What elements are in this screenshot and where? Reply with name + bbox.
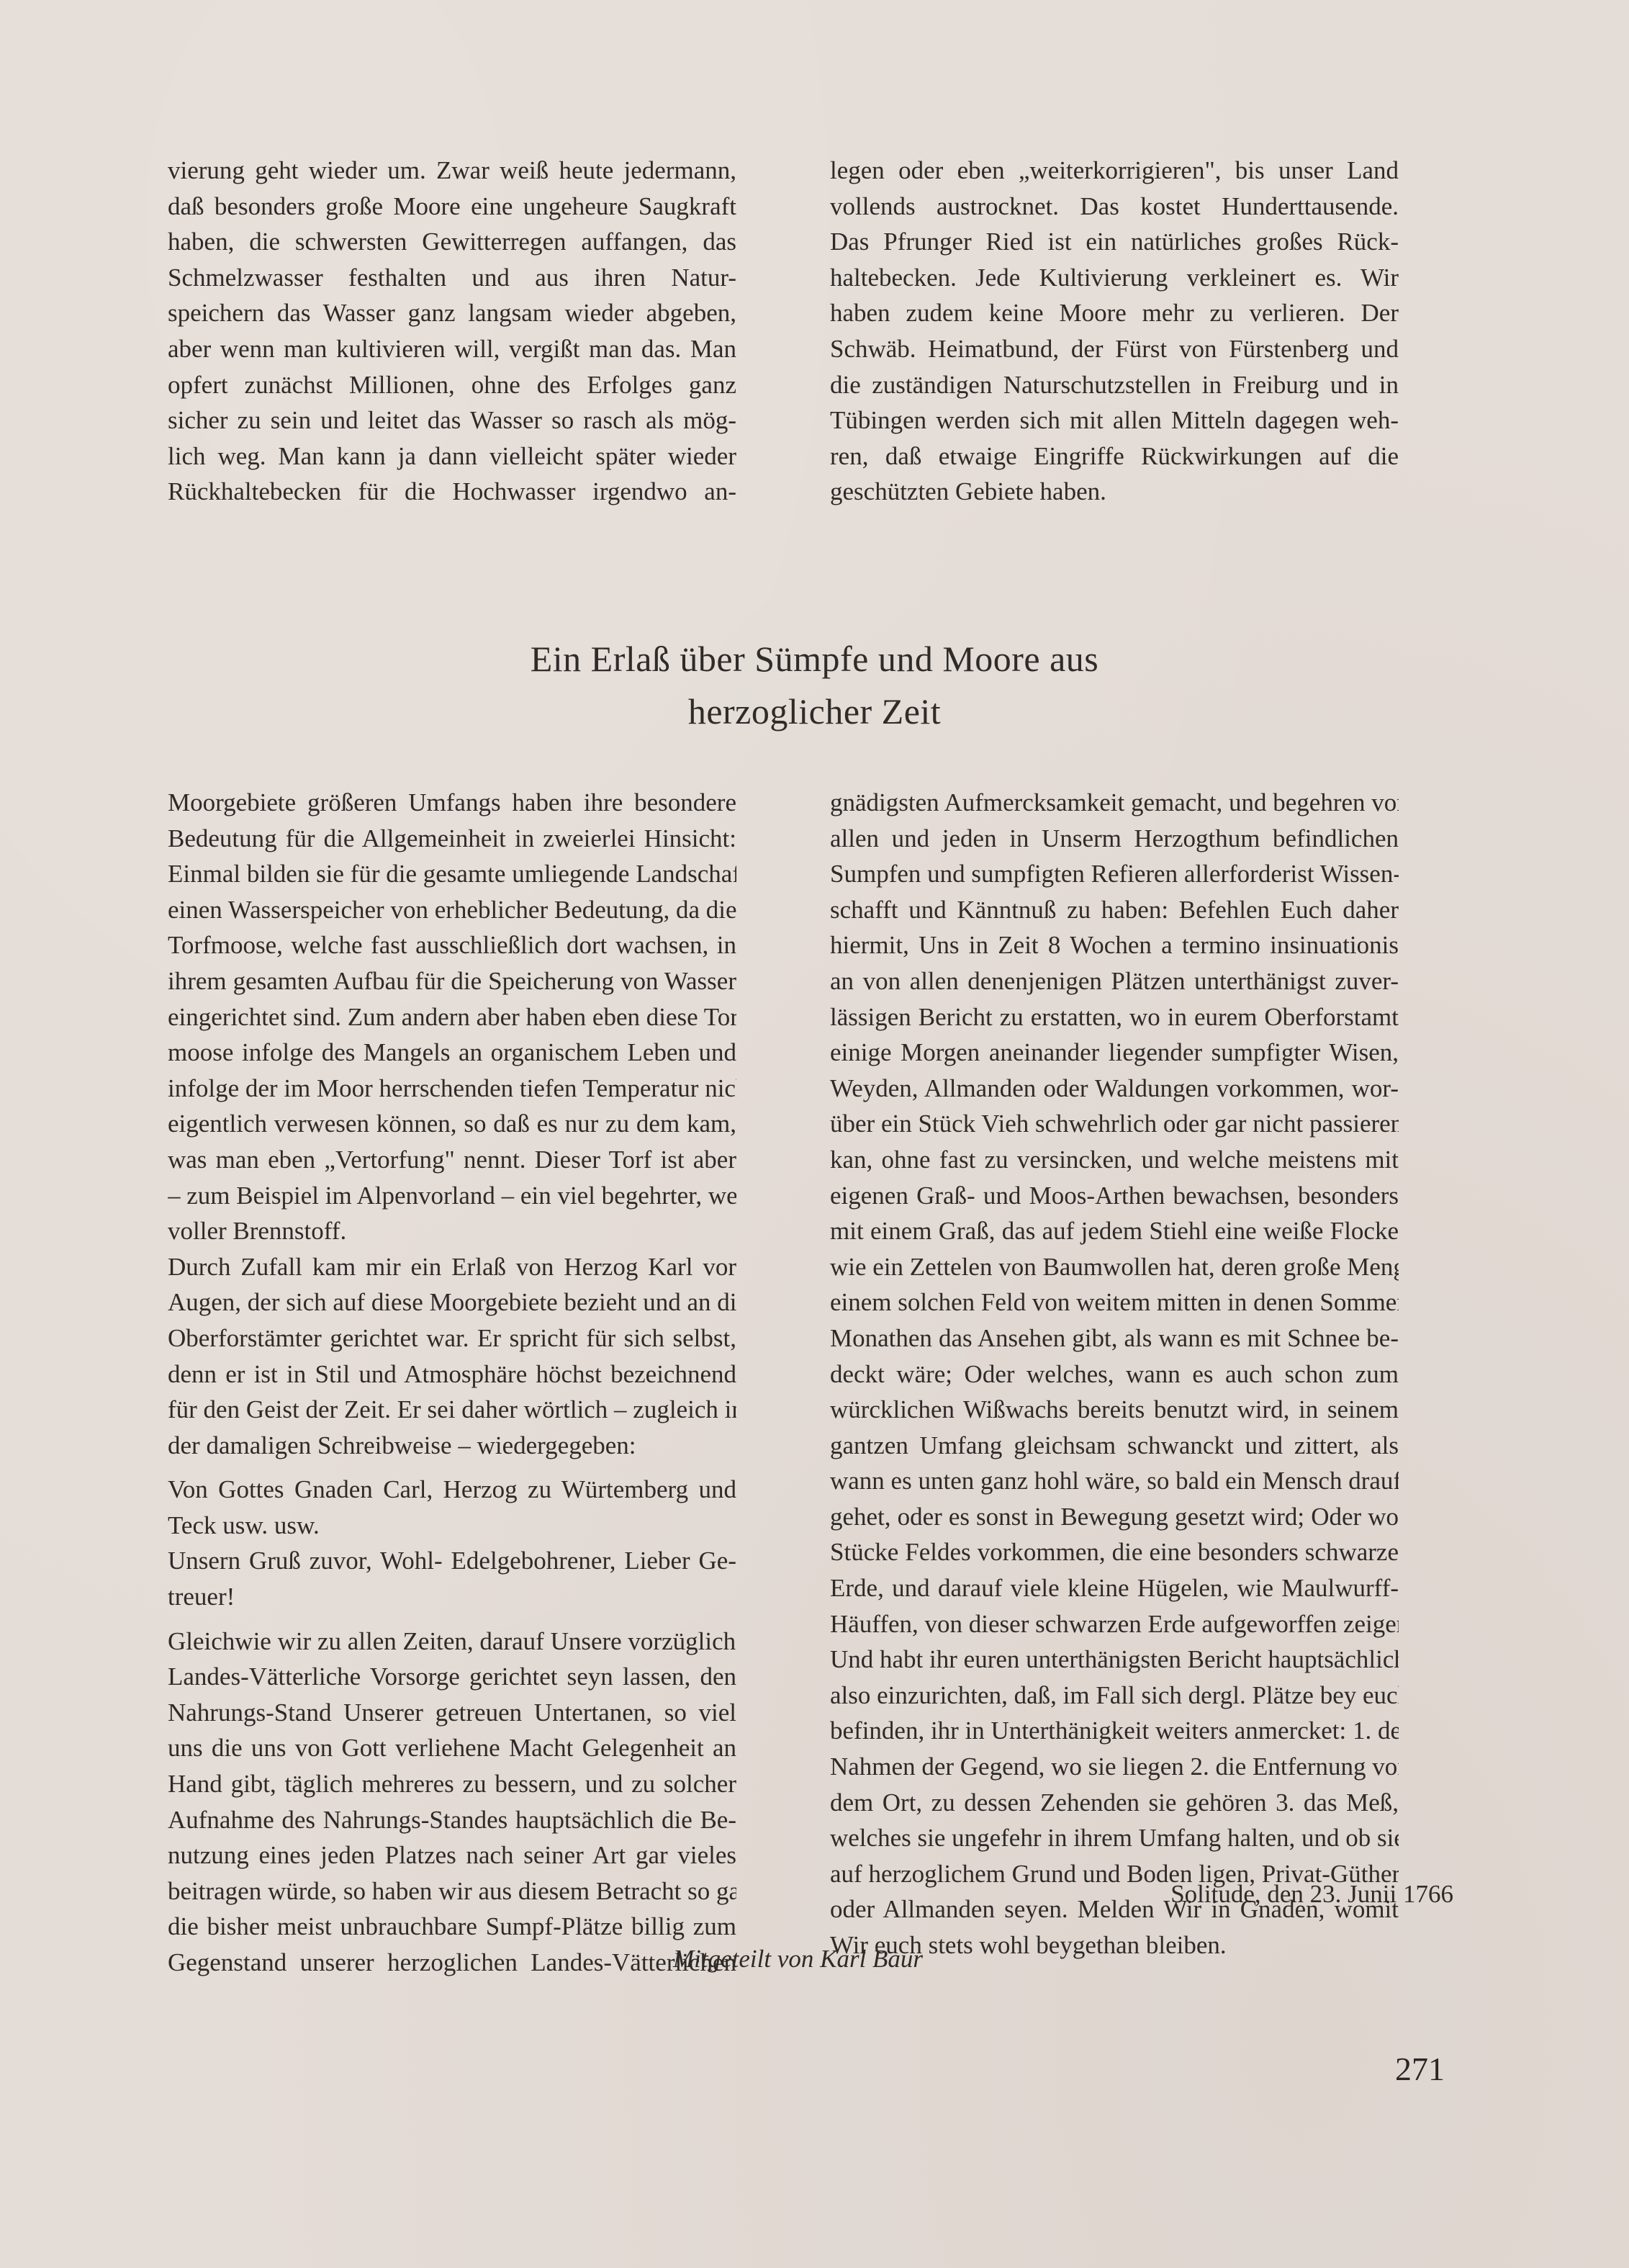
salutation-title: Von Gottes Gnaden Carl, Herzog zu Würtem… bbox=[168, 1472, 736, 1543]
text-line: vierung geht wieder um. Zwar weiß heute … bbox=[168, 153, 736, 189]
text-line: treuer! bbox=[168, 1579, 736, 1615]
text-line: Bedeutung für die Allgemeinheit in zweie… bbox=[168, 821, 736, 857]
text-line: wann es unten ganz hohl wäre, so bald ei… bbox=[830, 1463, 1399, 1499]
text-line: was man eben „Vertorfung" nennt. Dieser … bbox=[168, 1142, 736, 1178]
text-line: Einmal bilden sie für die gesamte umlieg… bbox=[168, 856, 736, 892]
discovery-paragraph: Durch Zufall kam mir ein Erlaß von Herzo… bbox=[168, 1249, 736, 1464]
text-line: Oberforstämter gerichtet war. Er spricht… bbox=[168, 1320, 736, 1356]
text-line: Sumpfen und sumpfigten Refieren allerfor… bbox=[830, 856, 1399, 892]
text-line: haltebecken. Jede Kultivierung verkleine… bbox=[830, 260, 1399, 296]
text-line: eingerichtet sind. Zum andern aber haben… bbox=[168, 999, 736, 1035]
text-line: Tübingen werden sich mit allen Mitteln d… bbox=[830, 402, 1399, 438]
decree-paragraph: Gleichwie wir zu allen Zeiten, darauf Un… bbox=[168, 1624, 736, 1981]
decree-signature: Solitude, den 23. Junii 1766 bbox=[1170, 1876, 1453, 1912]
text-line: sicher zu sein und leitet das Wasser so … bbox=[168, 402, 736, 438]
text-line: Augen, der sich auf diese Moorgebiete be… bbox=[168, 1284, 736, 1320]
text-line: kan, ohne fast zu versincken, und welche… bbox=[830, 1142, 1399, 1178]
text-line: Schmelzwasser festhalten und aus ihren N… bbox=[168, 260, 736, 296]
text-line: Landes-Vätterliche Vorsorge gerichtet se… bbox=[168, 1659, 736, 1695]
text-line: gnädigsten Aufmercksamkeit gemacht, und … bbox=[830, 785, 1399, 821]
text-line: Rückhaltebecken für die Hochwasser irgen… bbox=[168, 474, 736, 510]
text-line: Gleichwie wir zu allen Zeiten, darauf Un… bbox=[168, 1624, 736, 1660]
text-line: Hand gibt, täglich mehreres zu bessern, … bbox=[168, 1766, 736, 1802]
previous-article-right-column: legen oder eben „weiterkorrigieren", bis… bbox=[830, 153, 1399, 510]
text-line: beitragen würde, so haben wir aus diesem… bbox=[168, 1873, 736, 1909]
article-title-line-1: Ein Erlaß über Sümpfe und Moore aus bbox=[0, 635, 1629, 683]
text-line: der damaligen Schreibweise – wiedergegeb… bbox=[168, 1428, 736, 1464]
text-line: daß besonders große Moore eine ungeheure… bbox=[168, 189, 736, 225]
text-line: die zuständigen Naturschutzstellen in Fr… bbox=[830, 367, 1399, 403]
text-line: für den Geist der Zeit. Er sei daher wör… bbox=[168, 1392, 736, 1428]
text-line: opfert zunächst Millionen, ohne des Erfo… bbox=[168, 367, 736, 403]
text-line: Nahrungs-Stand Unserer getreuen Untertan… bbox=[168, 1695, 736, 1731]
text-line: mit einem Graß, das auf jedem Stiehl ein… bbox=[830, 1213, 1399, 1249]
previous-article-left-column: vierung geht wieder um. Zwar weiß heute … bbox=[168, 153, 736, 510]
text-line: voller Brennstoff. bbox=[168, 1213, 736, 1249]
text-line: Durch Zufall kam mir ein Erlaß von Herzo… bbox=[168, 1249, 736, 1285]
text-line: Unsern Gruß zuvor, Wohl- Edelgebohrener,… bbox=[168, 1543, 736, 1579]
text-line: einen Wasserspeicher von erheblicher Bed… bbox=[168, 892, 736, 928]
text-line: Teck usw. usw. bbox=[168, 1508, 736, 1544]
text-line: eigentlich verwesen können, so daß es nu… bbox=[168, 1106, 736, 1142]
text-line: lich weg. Man kann ja dann vielleicht sp… bbox=[168, 438, 736, 474]
text-line: wie ein Zettelen von Baumwollen hat, der… bbox=[830, 1249, 1399, 1285]
text-line: schafft und Känntnuß zu haben: Befehlen … bbox=[830, 892, 1399, 928]
article-right-column: gnädigsten Aufmercksamkeit gemacht, und … bbox=[830, 785, 1399, 1963]
text-line: über ein Stück Vieh schwehrlich oder gar… bbox=[830, 1106, 1399, 1142]
text-line: Häuffen, von dieser schwarzen Erde aufge… bbox=[830, 1606, 1399, 1642]
author-byline: Mitgeteilt von Karl Baur bbox=[673, 1941, 923, 1977]
text-line: Stücke Feldes vorkommen, die eine besond… bbox=[830, 1534, 1399, 1570]
text-line: würcklichen Wißwachs bereits benutzt wir… bbox=[830, 1392, 1399, 1428]
intro-paragraph: Moorgebiete größeren Umfangs haben ihre … bbox=[168, 785, 736, 1249]
text-line: Von Gottes Gnaden Carl, Herzog zu Würtem… bbox=[168, 1472, 736, 1508]
page-number: 271 bbox=[1395, 2048, 1445, 2091]
text-line: die bisher meist unbrauchbare Sumpf-Plät… bbox=[168, 1909, 736, 1945]
text-line: dem Ort, zu dessen Zehenden sie gehören … bbox=[830, 1785, 1399, 1821]
text-line: aber wenn man kultivieren will, vergißt … bbox=[168, 331, 736, 367]
text-line: moose infolge des Mangels an organischem… bbox=[168, 1035, 736, 1071]
text-line: ihrem gesamten Aufbau für die Speicherun… bbox=[168, 963, 736, 999]
text-line: legen oder eben „weiterkorrigieren", bis… bbox=[830, 153, 1399, 189]
text-line: einige Morgen aneinander liegender sumpf… bbox=[830, 1035, 1399, 1071]
text-line: an von allen denenjenigen Plätzen untert… bbox=[830, 963, 1399, 999]
text-line: Aufnahme des Nahrungs-Standes hauptsächl… bbox=[168, 1802, 736, 1838]
text-line: gehet, oder es sonst in Bewegung gesetzt… bbox=[830, 1499, 1399, 1535]
text-line: haben zudem keine Moore mehr zu verliere… bbox=[830, 295, 1399, 331]
text-line: einem solchen Feld von weitem mitten in … bbox=[830, 1284, 1399, 1320]
text-line: deckt wäre; Oder welches, wann es auch s… bbox=[830, 1356, 1399, 1392]
text-line: eigenen Graß- und Moos-Arthen bewachsen,… bbox=[830, 1178, 1399, 1214]
text-line: – zum Beispiel im Alpenvorland – ein vie… bbox=[168, 1178, 736, 1214]
text-line: uns die uns von Gott verliehene Macht Ge… bbox=[168, 1730, 736, 1766]
text-line: Das Pfrunger Ried ist ein natürliches gr… bbox=[830, 224, 1399, 260]
text-line: speichern das Wasser ganz langsam wieder… bbox=[168, 295, 736, 331]
text-line: infolge der im Moor herrschenden tiefen … bbox=[168, 1071, 736, 1107]
text-line: ren, daß etwaige Eingriffe Rückwirkungen… bbox=[830, 438, 1399, 474]
text-line: hiermit, Uns in Zeit 8 Wochen a termino … bbox=[830, 927, 1399, 963]
text-line: Moorgebiete größeren Umfangs haben ihre … bbox=[168, 785, 736, 821]
text-line: Gegenstand unserer herzoglichen Landes-V… bbox=[168, 1945, 736, 1981]
text-line: geschützten Gebiete haben. bbox=[830, 474, 1399, 510]
text-line: Monathen das Ansehen gibt, als wann es m… bbox=[830, 1320, 1399, 1356]
article-title-line-2: herzoglicher Zeit bbox=[0, 688, 1629, 735]
salutation-greeting: Unsern Gruß zuvor, Wohl- Edelgebohrener,… bbox=[168, 1543, 736, 1614]
text-line: also einzurichten, daß, im Fall sich der… bbox=[830, 1678, 1399, 1714]
article-left-column: Moorgebiete größeren Umfangs haben ihre … bbox=[168, 785, 736, 1981]
text-line: Weyden, Allmanden oder Waldungen vorkomm… bbox=[830, 1071, 1399, 1107]
text-line: Torfmoose, welche fast ausschließlich do… bbox=[168, 927, 736, 963]
text-line: gantzen Umfang gleichsam schwanckt und z… bbox=[830, 1428, 1399, 1464]
text-line: welches sie ungefehr in ihrem Umfang hal… bbox=[830, 1820, 1399, 1856]
text-line: Nahmen der Gegend, wo sie liegen 2. die … bbox=[830, 1749, 1399, 1785]
text-line: Schwäb. Heimatbund, der Fürst von Fürste… bbox=[830, 331, 1399, 367]
document-page: vierung geht wieder um. Zwar weiß heute … bbox=[0, 0, 1629, 2268]
text-line: Und habt ihr euren unterthänigsten Beric… bbox=[830, 1642, 1399, 1678]
text-line: Erde, und darauf viele kleine Hügelen, w… bbox=[830, 1570, 1399, 1606]
text-line: lässigen Bericht zu erstatten, wo in eur… bbox=[830, 999, 1399, 1035]
text-line: haben, die schwersten Gewitterregen auff… bbox=[168, 224, 736, 260]
text-line: vollends austrocknet. Das kostet Hundert… bbox=[830, 189, 1399, 225]
text-line: nutzung eines jeden Platzes nach seiner … bbox=[168, 1837, 736, 1873]
text-line: befinden, ihr in Unterthänigkeit weiters… bbox=[830, 1713, 1399, 1749]
text-line: denn er ist in Stil und Atmosphäre höchs… bbox=[168, 1356, 736, 1392]
text-line: allen und jeden in Unserm Herzogthum bef… bbox=[830, 821, 1399, 857]
